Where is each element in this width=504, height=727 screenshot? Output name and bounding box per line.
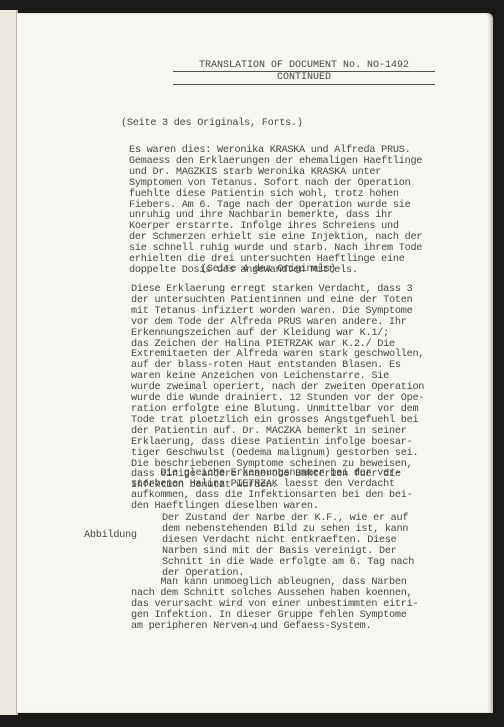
paragraph-1: Es waren dies: Weronika KRASKA und Alfre… (129, 146, 422, 277)
paragraph-2: Diese Erklaerung erregt starken Verdacht… (131, 285, 424, 492)
page4-label: (Seite 4 des Originals) (201, 265, 336, 276)
header-underline (173, 84, 435, 85)
document-header: TRANSLATION OF DOCUMENT No. NO-1492 CONT… (173, 61, 435, 85)
adjacent-page-edge (0, 10, 18, 715)
margin-note-abbildung: Abbildung (84, 531, 137, 542)
header-line-1: TRANSLATION OF DOCUMENT No. NO-1492 (173, 61, 435, 72)
header-line-2: CONTINUED (173, 73, 435, 83)
page3-label: (Seite 3 des Originals, Forts.) (121, 119, 303, 130)
paragraph-3: Die gleiche Erkennungsnummer bei der ver… (131, 469, 412, 513)
paragraph-4: Der Zustand der Narbe der K.F., wie er a… (162, 514, 414, 579)
paragraph-5: Man kann unmoeglich ableugnen, dass Narb… (131, 578, 418, 633)
page-number: - 4 - (240, 623, 269, 634)
